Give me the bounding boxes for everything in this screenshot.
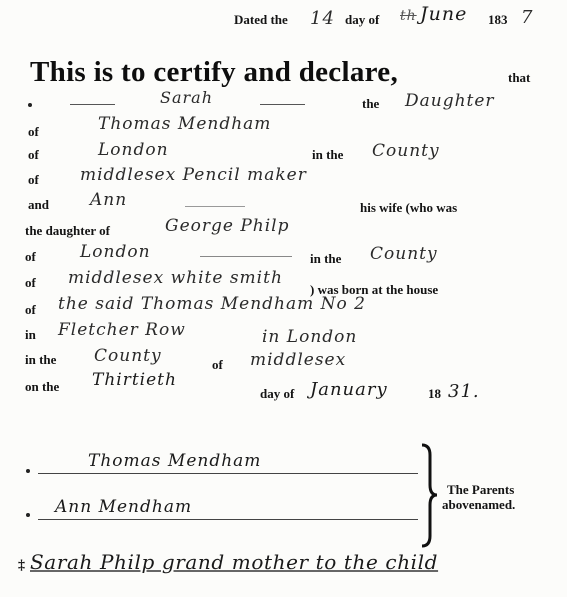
blank-line <box>260 104 305 105</box>
date-month: June <box>420 3 467 25</box>
birth-city: in London <box>262 327 357 347</box>
label-in-the: in the <box>310 251 341 267</box>
label-his-wife: his wife (who was <box>360 200 457 216</box>
birth-street: Fletcher Row <box>58 320 186 340</box>
date-struck-text: th <box>400 8 417 24</box>
curly-brace-icon <box>418 443 440 548</box>
parents-label-line2: abovenamed. <box>442 497 515 513</box>
double-dagger-mark: ‡ <box>18 558 25 574</box>
label-of: of <box>28 172 39 188</box>
witness-signature: Sarah Philp grand mother to the child <box>30 550 438 574</box>
blank-line <box>70 104 115 105</box>
mother-name: Ann <box>90 190 127 210</box>
label-in-the: in the <box>25 352 56 368</box>
signature-line <box>38 473 418 474</box>
blank-line <box>200 256 292 257</box>
parents-label-line1: The Parents <box>447 482 514 498</box>
maternal-grandfather-name: George Philp <box>165 216 290 236</box>
father-name: Thomas Mendham <box>98 114 271 134</box>
birth-month: January <box>310 379 388 400</box>
mother-signature: Ann Mendham <box>55 497 192 517</box>
label-and: and <box>28 197 49 213</box>
father-signature: Thomas Mendham <box>88 451 261 471</box>
father-residence: London <box>98 140 169 160</box>
grandfather-county-occupation: middlesex white smith <box>68 268 283 288</box>
county-word: County <box>94 346 162 366</box>
label-in-the: in the <box>312 147 343 163</box>
label-the: the <box>362 96 379 112</box>
label-on-the: on the <box>25 379 59 395</box>
dated-label: Dated the <box>234 12 288 28</box>
bullet-dot <box>26 469 30 473</box>
bullet-dot <box>28 103 32 107</box>
child-relation: Daughter <box>405 91 495 111</box>
signature-line <box>38 519 418 520</box>
county-word: County <box>370 244 438 264</box>
label-of: of <box>28 147 39 163</box>
birth-year-printed: 18 <box>428 386 441 402</box>
day-of-label: day of <box>345 12 379 28</box>
county-word: County <box>372 141 440 161</box>
blank-line <box>185 206 245 207</box>
grandfather-residence: London <box>80 242 151 262</box>
birth-house: the said Thomas Mendham No 2 <box>58 294 366 314</box>
date-year-printed: 183 <box>488 12 508 28</box>
label-of: of <box>25 275 36 291</box>
label-of: of <box>25 249 36 265</box>
label-of: of <box>28 124 39 140</box>
title-that: that <box>508 70 530 86</box>
label-of: of <box>212 357 223 373</box>
birth-county: middlesex <box>250 350 346 370</box>
birth-day: Thirtieth <box>92 370 177 390</box>
date-day: 14 <box>310 8 335 29</box>
child-name: Sarah <box>160 88 213 107</box>
bullet-dot <box>26 513 30 517</box>
date-year-handwritten: 7 <box>521 7 533 28</box>
label-the-daughter-of: the daughter of <box>25 223 110 239</box>
label-in: in <box>25 327 36 343</box>
father-county-occupation: middlesex Pencil maker <box>80 165 307 185</box>
label-of: of <box>25 302 36 318</box>
birth-year-handwritten: 31. <box>448 381 480 402</box>
certificate-title: This is to certify and declare, <box>30 56 398 89</box>
label-day-of: day of <box>260 386 294 402</box>
